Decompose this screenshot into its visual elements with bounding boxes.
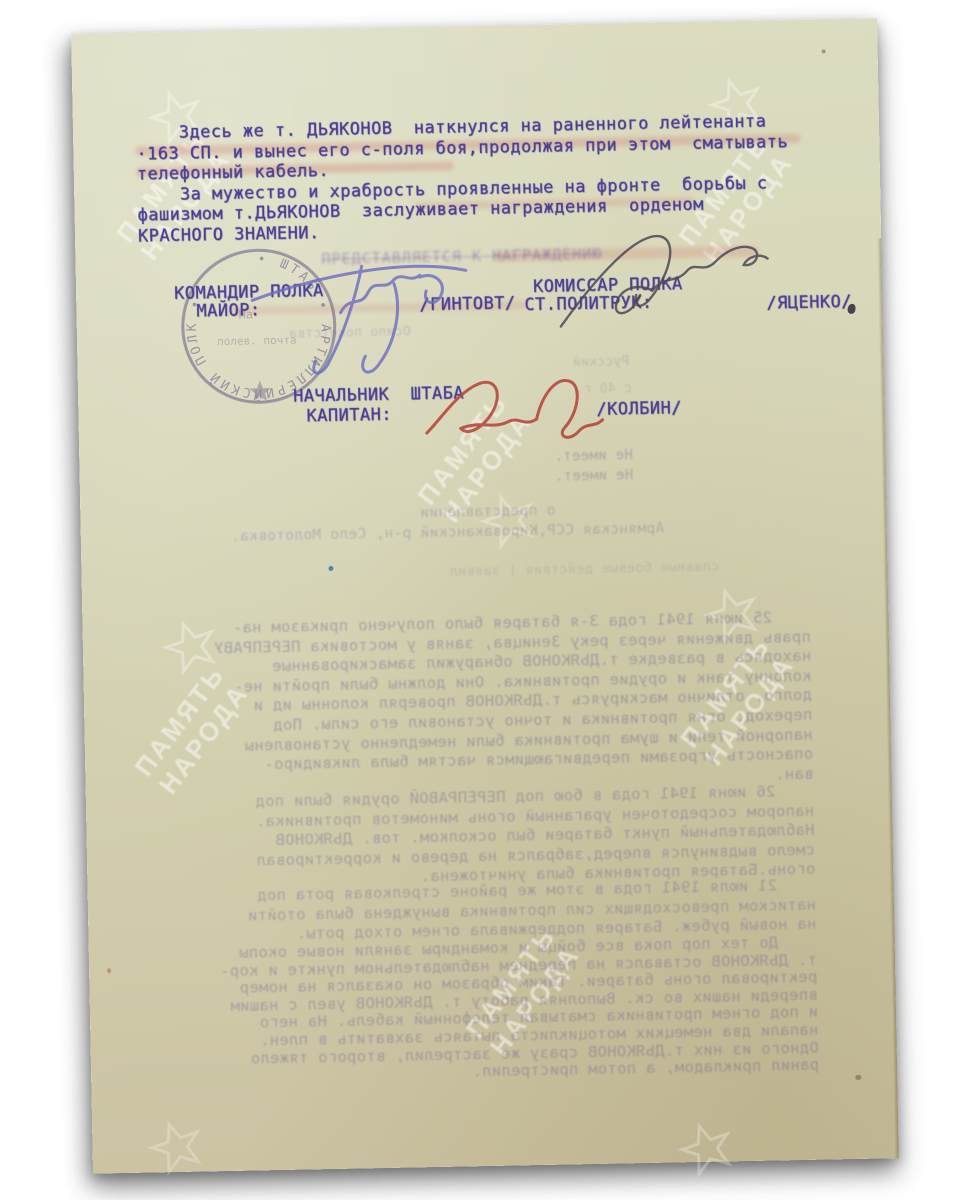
blue-dot (328, 566, 333, 571)
commander-signature (243, 230, 491, 385)
bleedthrough-frag3: с 40 г. (575, 379, 632, 400)
bleedthrough-paragraph-1: 25 июня 1941 года 3-я батарея было получ… (120, 608, 813, 798)
watermark-star-icon (680, 1121, 733, 1174)
bleedthrough-paragraph-4: До тех пор пока все бойцы и командиры за… (127, 934, 820, 1088)
bleedthrough-faint-line: славные боевые действия ) заявил (449, 558, 719, 583)
scanned-document-page: ПАМЯТЬНАРОДА ПАМЯТЬНАРОДА ПАМЯТЬНАРОДА П… (71, 18, 899, 1173)
paper-speck (107, 968, 111, 973)
bleedthrough-has-not: Не имеет. Не имеет. (554, 446, 633, 487)
paper-speck (855, 1075, 861, 1080)
bleedthrough-presentation: о представлении Армянская ССР,Кироваканс… (230, 500, 664, 548)
ink-blot (847, 304, 855, 314)
bleedthrough-paragraph-2: 26 июня 1941 года в бою под ПЕРЕПРАВОЙ о… (124, 782, 816, 893)
commissar-signature (545, 218, 782, 342)
watermark-star-icon (150, 1120, 203, 1173)
bleedthrough-frag2: Русский (572, 352, 629, 373)
bleedthrough-frag1: Осипо покетства (289, 322, 411, 344)
paper-speck (822, 49, 826, 53)
chief-of-staff-rank: КАПИТАН: (306, 405, 392, 427)
